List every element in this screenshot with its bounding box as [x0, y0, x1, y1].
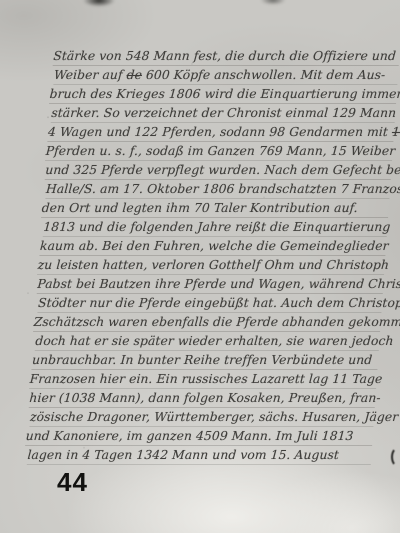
- handwriting-line: und Kanoniere, im ganzen 4509 Mann. Im J…: [25, 427, 373, 446]
- handwriting-text: 600 Köpfe anschwollen. Mit dem Aus-: [142, 68, 386, 82]
- handwriting-text: und Kanoniere, im ganzen 4509 Mann. Im J…: [25, 429, 354, 443]
- handwriting-line: lagen in 4 Tagen 1342 Mann und vom 15. A…: [27, 446, 372, 465]
- handwriting-text: doch hat er sie später wieder erhalten, …: [35, 334, 394, 348]
- handwriting-line: Stödter nur die Pferde eingebüßt hat. Au…: [37, 294, 382, 313]
- handwriting-line: Pabst bei Bautzen ihre Pferde und Wagen,…: [37, 275, 384, 294]
- handwriting-line: den Ort und legten ihm 70 Taler Kontribu…: [41, 199, 389, 218]
- handwriting-line: Franzosen hier ein. Ein russisches Lazar…: [29, 370, 377, 389]
- handwriting-text: zu leisten hatten, verloren Gotthelf Ohm…: [37, 258, 389, 272]
- handwriting-text: bruch des Krieges 1806 wird die Einquart…: [49, 87, 400, 101]
- ink-smudge-top-left: [80, 0, 118, 8]
- scan-artifact-right-edge: [391, 447, 400, 467]
- handwriting-line: Halle/S. am 17. Oktober 1806 brandschatz…: [45, 180, 390, 199]
- handwriting-text: zösische Dragoner, Württemberger, sächs.…: [30, 410, 399, 424]
- handwriting-line: bruch des Krieges 1806 wird die Einquart…: [49, 85, 397, 104]
- handwriting-text: Weiber auf: [54, 68, 128, 82]
- handwriting-line: 4 Wagen und 122 Pferden, sodann 98 Genda…: [47, 123, 394, 142]
- handwriting-line: hier (1038 Mann), dann folgen Kosaken, P…: [29, 389, 376, 408]
- handwriting-line: stärker. So verzeichnet der Chronist ein…: [51, 104, 396, 123]
- handwriting-text: den Ort und legten ihm 70 Taler Kontribu…: [41, 201, 358, 215]
- handwriting-text-block: Stärke von 548 Mann fest, die durch die …: [25, 47, 400, 465]
- handwriting-text: lagen in 4 Tagen 1342 Mann und vom 15. A…: [27, 448, 339, 462]
- handwriting-text: Franzosen hier ein. Ein russisches Lazar…: [29, 372, 383, 386]
- handwriting-text: Halle/S. am 17. Oktober 1806 brandschatz…: [46, 182, 400, 196]
- handwriting-line: unbrauchbar. In bunter Reihe treffen Ver…: [31, 351, 378, 370]
- handwriting-line: Pferden u. s. f., sodaß im Ganzen 769 Ma…: [45, 142, 393, 161]
- handwriting-line: Stärke von 548 Mann fest, die durch die …: [53, 47, 400, 66]
- handwriting-text: Stödter nur die Pferde eingebüßt hat. Au…: [38, 296, 400, 310]
- handwriting-line: zu leisten hatten, verloren Gotthelf Ohm…: [37, 256, 385, 275]
- handwriting-line: und 325 Pferde verpflegt wurden. Nach de…: [45, 161, 392, 180]
- handwriting-struck-text: 114: [391, 125, 400, 139]
- handwriting-text: 1813 und die folgenden Jahre reißt die E…: [43, 220, 391, 234]
- handwriting-line: kaum ab. Bei den Fuhren, welche die Geme…: [39, 237, 386, 256]
- handwriting-line: doch hat er sie später wieder erhalten, …: [35, 332, 380, 351]
- handwriting-text: Pabst bei Bautzen ihre Pferde und Wagen,…: [37, 277, 400, 291]
- handwriting-text: Pferden u. s. f., sodaß im Ganzen 769 Ma…: [45, 144, 396, 158]
- scanned-page: Stärke von 548 Mann fest, die durch die …: [0, 0, 400, 533]
- handwriting-text: stärker. So verzeichnet der Chronist ein…: [51, 106, 400, 120]
- handwriting-struck-text: de: [126, 68, 142, 82]
- handwriting-line: Zschätzsch waren ebenfalls die Pferde ab…: [33, 313, 381, 332]
- page-number: 44: [57, 467, 88, 498]
- handwriting-text: und 325 Pferde verpflegt wurden. Nach de…: [45, 163, 400, 177]
- handwriting-text: Stärke von 548 Mann fest, die durch die …: [53, 49, 397, 63]
- handwriting-text: hier (1038 Mann), dann folgen Kosaken, P…: [29, 391, 381, 405]
- handwriting-text: Zschätzsch waren ebenfalls die Pferde ab…: [33, 315, 400, 329]
- handwriting-line: 1813 und die folgenden Jahre reißt die E…: [43, 218, 388, 237]
- handwriting-line: zösische Dragoner, Württemberger, sächs.…: [29, 408, 374, 427]
- ink-smudge-top-right: [258, 0, 288, 6]
- handwriting-text: 4 Wagen und 122 Pferden, sodann 98 Genda…: [48, 125, 393, 139]
- handwriting-text: kaum ab. Bei den Fuhren, welche die Geme…: [40, 239, 390, 253]
- handwriting-text: unbrauchbar. In bunter Reihe treffen Ver…: [32, 353, 373, 367]
- handwriting-line: Weiber auf de 600 Köpfe anschwollen. Mit…: [53, 66, 398, 85]
